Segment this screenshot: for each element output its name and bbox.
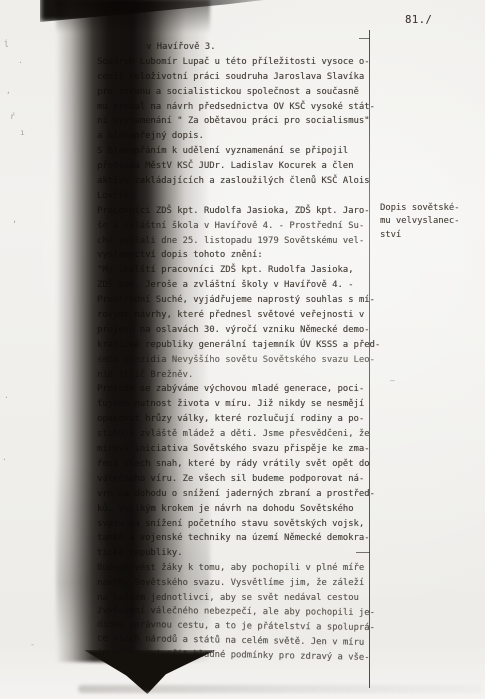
- rule-tick: [359, 38, 370, 39]
- scan-artifact-mark: ŕ: [10, 112, 15, 121]
- document-line: Prostřední Suché, vyjádřujeme naprostý s…: [97, 293, 380, 308]
- document-line: a blahopřejný dopis.: [97, 129, 380, 144]
- document-line: Protože se zabýváme výchovou mladé gener…: [97, 382, 380, 397]
- document-line: "My školští pracovníci ZDŠ kpt. Rudolfa …: [97, 263, 380, 278]
- scan-artifact-mark: ,: [6, 86, 11, 95]
- document-line: aktivu zakládajících a zasloužilých člen…: [97, 174, 380, 189]
- document-line: seda prezidia Nevyššího sovětu Sovětskéh…: [97, 353, 380, 368]
- document-line: ření všech snah, které by rády vrátily s…: [97, 457, 380, 472]
- document-line: válečného víru. Ze všech sil budeme podp…: [97, 472, 380, 487]
- document-line: ní vyznamenání " Za obětavou práci pro s…: [97, 114, 380, 129]
- document-line: pro stranu a socialistickou společnost a…: [97, 85, 380, 100]
- scanned-page: 81./ v Havířově 3.Soudruh Lubomír Lupač …: [0, 0, 485, 699]
- document-line: předseda MěstV KSČ JUDr. Ladislav Kocure…: [97, 159, 380, 174]
- scan-artifact-mark: ʼ: [12, 220, 17, 229]
- document-line: ché zaslali dne 25. listopadu 1979 Sovět…: [97, 234, 380, 249]
- document-line: cenil celoživotní práci soudruha Jarosla…: [97, 70, 380, 85]
- document-line: tanků a vojenské techniky na území Němec…: [97, 531, 380, 546]
- document-line: návrhy Sovětského svazu. Vysvětlíme jim,…: [97, 576, 380, 591]
- margin-note-line: ství: [380, 229, 459, 242]
- scan-artifact-mark: ·: [18, 58, 23, 67]
- document-line: vyslanectví dopis tohoto znění:: [97, 248, 380, 263]
- document-line: ků. Velikým krokem je návrh na dohodu So…: [97, 502, 380, 517]
- document-line: mírová iniciativa Sovětského svazu přisp…: [97, 442, 380, 457]
- document-line: ťujeme nutnost života v míru. Již nikdy …: [97, 397, 380, 412]
- page-bottom-edge: [78, 685, 482, 693]
- document-line: projevu na oslavách 30. výročí vzniku Ně…: [97, 323, 380, 338]
- scan-artifact-mark: —: [390, 376, 395, 385]
- document-line: S blahopřáním k udělení vyznamenání se p…: [97, 144, 380, 159]
- document-line: opakovat hrůzy války, které rozlučují ro…: [97, 412, 380, 427]
- page-number: 81./: [405, 14, 432, 26]
- document-line: rovými návrhy, které přednesl světové ve…: [97, 308, 380, 323]
- document-line: še a zvláštní škola v Havířově 4. - Pros…: [97, 219, 380, 234]
- document-line: Lovčík.: [97, 189, 380, 204]
- document-line: mu předal na návrh předsednictva OV KSČ …: [97, 100, 380, 115]
- document-lines: v Havířově 3.Soudruh Lubomír Lupač u tét…: [97, 40, 380, 665]
- document-line: kratické republiky generální tajemník ÚV…: [97, 338, 380, 353]
- margin-note: Dopis sovětské-mu velvyslanec-ství: [380, 202, 459, 242]
- binding-shadow-top: [40, 0, 350, 22]
- document-line: ZDŠ kpt. Jeroše a zvláštní školy v Havíř…: [97, 278, 380, 293]
- document-line: nid Iljič Brežněv.: [97, 368, 380, 383]
- margin-note-line: mu velvyslanec-: [380, 215, 459, 228]
- margin-note-line: Dopis sovětské-: [380, 202, 459, 215]
- scan-artifact-mark: ı: [20, 128, 25, 137]
- document-line: svazu na snížení početního stavu sovětsk…: [97, 517, 380, 532]
- scan-artifact-mark: ·: [4, 393, 9, 402]
- document-line: v Havířově 3.: [146, 40, 380, 55]
- scan-artifact-mark: ·: [2, 455, 7, 464]
- document-line: stihují zvláště mládež a děti. Jsme přes…: [97, 427, 380, 442]
- document-line: Soudruh Lubomír Lupač u této příležitost…: [97, 55, 380, 70]
- scan-artifact-mark: -: [30, 640, 35, 649]
- scan-artifact-mark: ĺ: [4, 40, 9, 49]
- document-line: Pracovníci ZDŠ kpt. Rudolfa Jasioka, ZDŠ…: [97, 204, 380, 219]
- document-line: vrh na dohodu o snížení jaderných zbraní…: [97, 487, 380, 502]
- document-line: Budeme vést žáky k tomu, aby pochopili v…: [97, 561, 380, 576]
- document-line: tické republiky.: [97, 546, 380, 561]
